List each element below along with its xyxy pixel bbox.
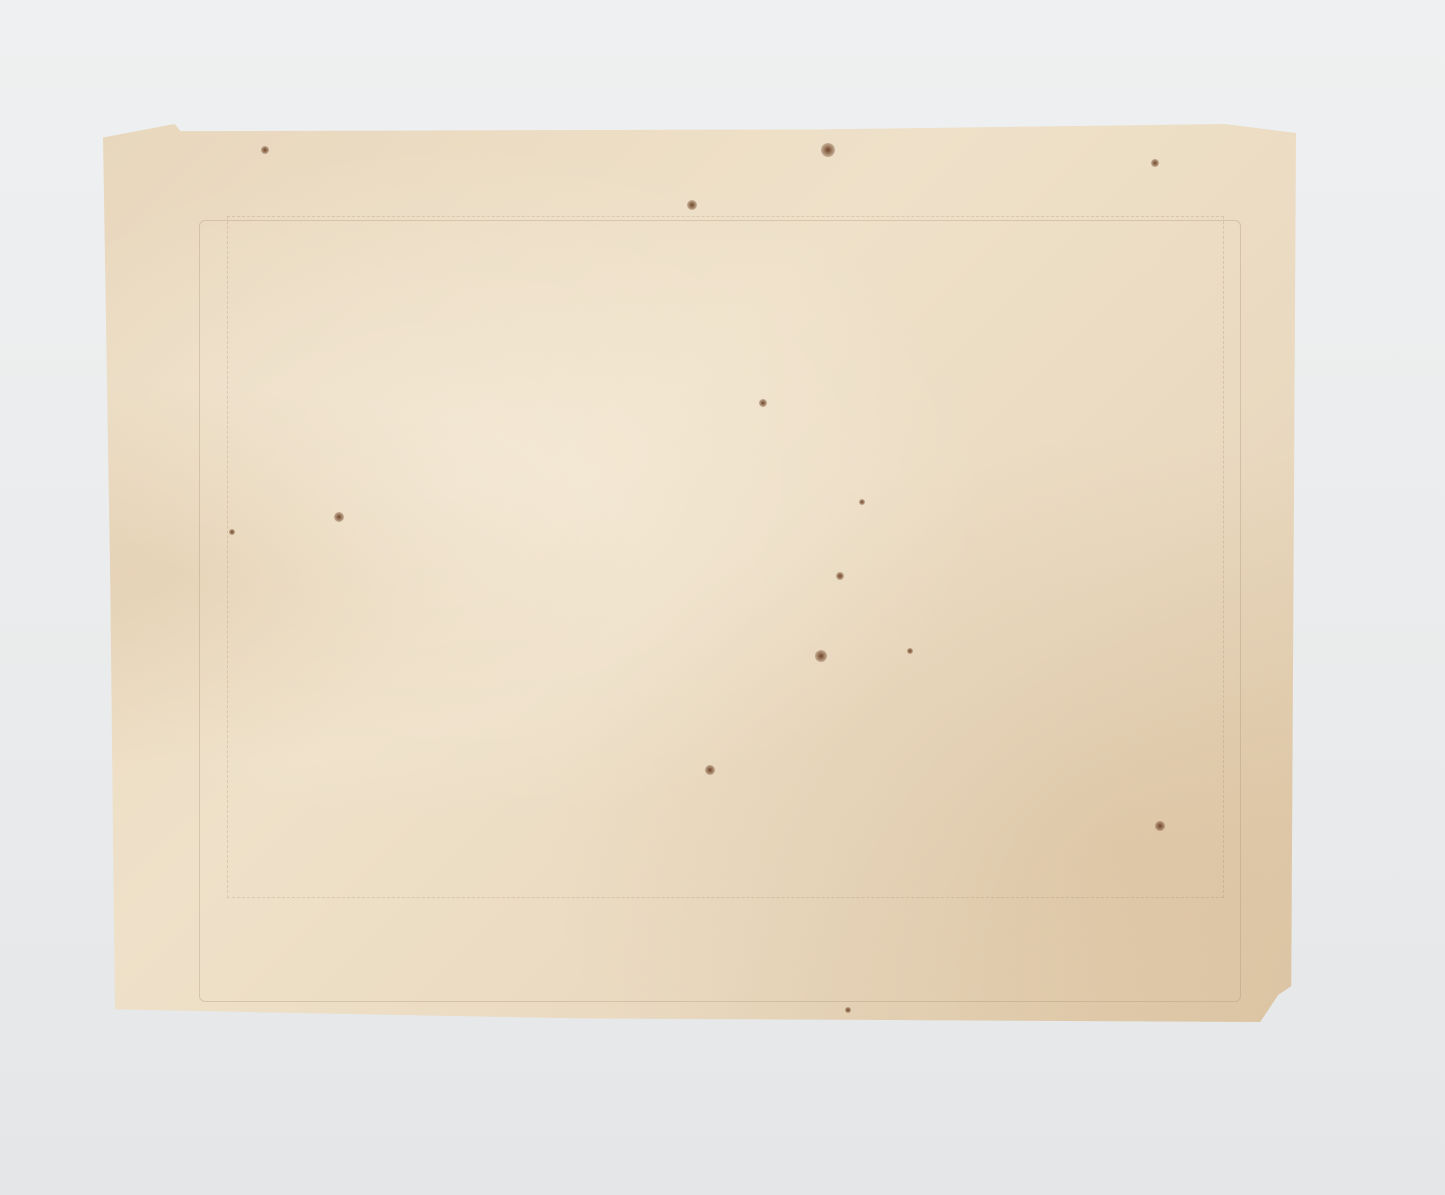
foxing-spot [821, 143, 835, 157]
foxing-spot [759, 399, 767, 407]
foxing-spot [687, 200, 697, 210]
foxing-spot [261, 146, 269, 154]
foxing-spot [1155, 821, 1165, 831]
foxing-spot [229, 529, 235, 535]
foxing-spot [845, 1007, 851, 1013]
foxing-spot [705, 765, 715, 775]
foxing-spot [815, 650, 827, 662]
inner-frame-impression [227, 216, 1224, 898]
foxing-spot [836, 572, 844, 580]
foxing-spot [334, 512, 344, 522]
foxing-spot [907, 648, 913, 654]
foxing-spot [1151, 159, 1159, 167]
antique-paper-sheet [103, 124, 1296, 1022]
foxing-spot [859, 499, 865, 505]
